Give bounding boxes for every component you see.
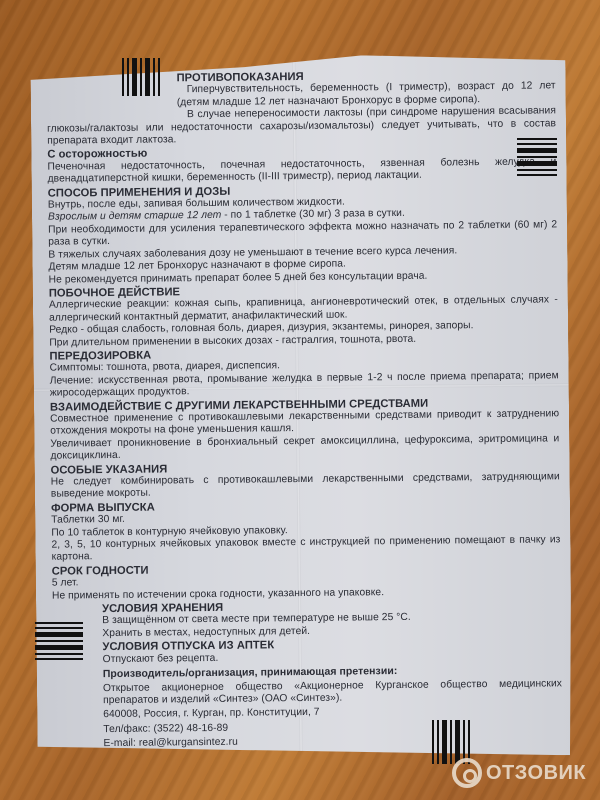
- section-overdose: ПЕРЕДОЗИРОВКА Симптомы: тошнота, рвота, …: [49, 345, 558, 400]
- section-shelf-life: СРОК ГОДНОСТИ 5 лет. Не применять по ист…: [52, 560, 561, 603]
- leaflet-sheet: ПРОТИВОПОКАЗАНИЯ Гиперчувствительность, …: [30, 53, 572, 761]
- barcode-mark-top: [122, 58, 163, 96]
- otzovik-watermark: ОТЗОВИК: [452, 758, 586, 788]
- contraindications-text-2: В случае непереносимости лактозы (при си…: [47, 106, 556, 149]
- section-special-instructions: ОСОБЫЕ УКАЗАНИЯ Не следует комбинировать…: [51, 459, 560, 502]
- leaflet-text: ПРОТИВОПОКАЗАНИЯ Гиперчувствительность, …: [46, 67, 562, 765]
- section-release-form: ФОРМА ВЫПУСКА Таблетки 30 мг. По 10 табл…: [51, 497, 561, 564]
- watermark-text: ОТЗОВИК: [486, 762, 586, 785]
- section-dosage: СПОСОБ ПРИМЕНЕНИЯ И ДОЗЫ Внутрь, после е…: [48, 182, 558, 287]
- section-side-effects: ПОБОЧНОЕ ДЕЙСТВИЕ Аллергические реакции:…: [49, 282, 559, 349]
- section-interactions: ВЗАИМОДЕЙСТВИЕ С ДРУГИМИ ЛЕКАРСТВЕННЫМИ …: [50, 396, 560, 463]
- barcode-mark-left: [35, 622, 83, 663]
- barcode-mark-right: [517, 138, 557, 179]
- section-caution: С осторожностью Печеночная недостаточнос…: [47, 144, 556, 187]
- dosage-adults-value: - по 1 таблетке (30 мг) 3 раза в сутки.: [221, 208, 405, 221]
- section-bottom-block: УСЛОВИЯ ХРАНЕНИЯ В защищённом от света м…: [52, 598, 563, 765]
- dosage-adults-label: Взрослым и детям старше 12 лет: [48, 210, 221, 223]
- otzovik-logo-icon: [452, 758, 482, 788]
